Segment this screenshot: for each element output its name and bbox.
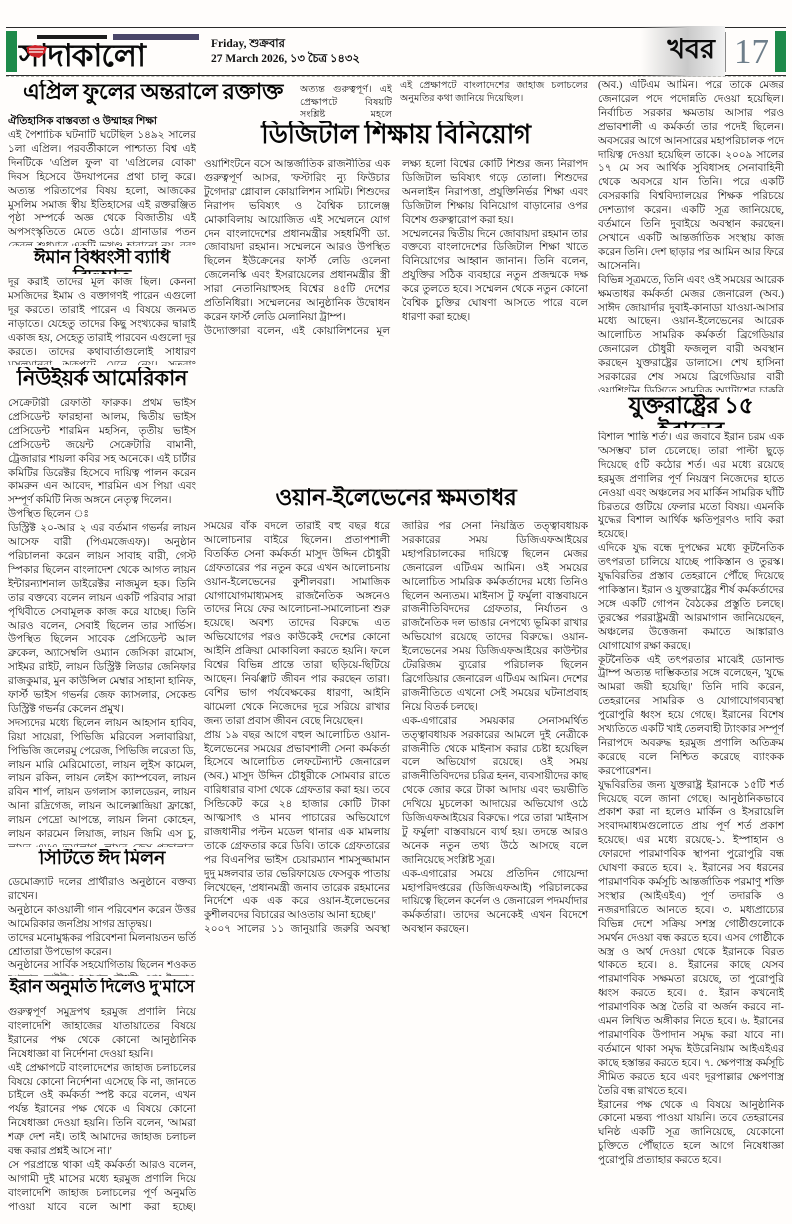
- headline-us-iran-conditions: যুক্তরাষ্ট্রের ১৫ ইরানের: [598, 394, 784, 428]
- tail-digital-left: অত্যন্ত গুরুত্বপূর্ণ। এই প্রেক্ষাপটে বিষ…: [300, 84, 392, 118]
- masthead-green-bar-right: [775, 31, 786, 72]
- tail-digital-right: এই প্রেক্ষাপটে বাংলাদেশের জাহাজ চলাচলের …: [400, 80, 588, 110]
- body-ny-american: সেক্রেটারী রেফাতী ফারুক। প্রথম ভাইস প্রে…: [8, 397, 196, 847]
- body-bidat: দূর করাই তাদের মূল কাজ ছিল। কেননা মসজিদে…: [8, 276, 196, 365]
- date-line-1: Friday, শুক্রবার: [211, 37, 360, 52]
- body-one-eleven: সময়ের বাঁক বদলে তারাই বহু বছর ধরে আলোচন…: [204, 520, 588, 1214]
- masthead-green-bar-left: [6, 31, 17, 72]
- section-label: খবর: [641, 26, 725, 77]
- body-iran-permit: গুরুত্বপূর্ণ সমুদ্রপথ হরমুজ প্রণালি নিয়…: [8, 1006, 196, 1214]
- headline-eid-milon: সিটিতে ঈদ মিলন: [8, 849, 196, 874]
- subhead-april-fool: ঐতিহাসিক বাস্তবতা ও উম্মাহর শিক্ষা: [8, 114, 196, 128]
- headline-bidat: ঈমান বিধ্বংসী ব্যাধি বিদআত: [8, 248, 196, 274]
- headline-iran-permit: ইরান অনুমতি দিলেও দু'মাসে: [8, 978, 196, 1004]
- header-separator: [6, 76, 786, 77]
- page-number: 17: [725, 32, 775, 72]
- headline-one-eleven: ওয়ান-ইলেভেনের ক্ষমতাধর: [204, 486, 588, 517]
- body-digital-education: ওয়াশিংটনে বসে আন্তর্জাতিক রাজনীতির এক গ…: [204, 158, 588, 484]
- date-line-2: 27 March 2026, ১৩ চৈত্র ১৪৩২: [211, 52, 360, 67]
- body-us-iran-conditions: বিশাল 'শান্তি শর্ত'। এর জবাবে ইরান চরম এ…: [598, 431, 784, 1214]
- masthead-flag-icon: [25, 44, 49, 59]
- headline-digital-education: ডিজিটাল শিক্ষায় বিনিয়োগ: [204, 121, 588, 155]
- headline-ny-american: নিউইয়র্ক আমেরিকান: [8, 367, 196, 395]
- newspaper-page: সাদাকালো Friday, শুক্রবার 27 March 2026,…: [0, 0, 792, 1224]
- body-column4-continuation: (অব.) এটিএম আমিন। পরে তাকে মেজর জেনারেল …: [598, 79, 784, 392]
- body-april-fool: এই পৈশাচিক ঘটনাটি ঘটেছিল ১৪৯২ সালের ১লা …: [8, 129, 196, 246]
- headline-april-fool: এপ্রিল ফুলের অন্তরালে রক্তাক্ত: [8, 80, 298, 113]
- section-page-group: খবর 17: [641, 28, 786, 75]
- masthead-bar: সাদাকালো Friday, শুক্রবার 27 March 2026,…: [6, 27, 786, 76]
- body-eid-milon: ডেমোক্র্যাট দলের প্রার্থীরাও অনুষ্ঠানে ব…: [8, 876, 196, 976]
- masthead-logo: সাদাকালো: [19, 32, 199, 71]
- date-block: Friday, শুক্রবার 27 March 2026, ১৩ চৈত্র…: [211, 37, 360, 66]
